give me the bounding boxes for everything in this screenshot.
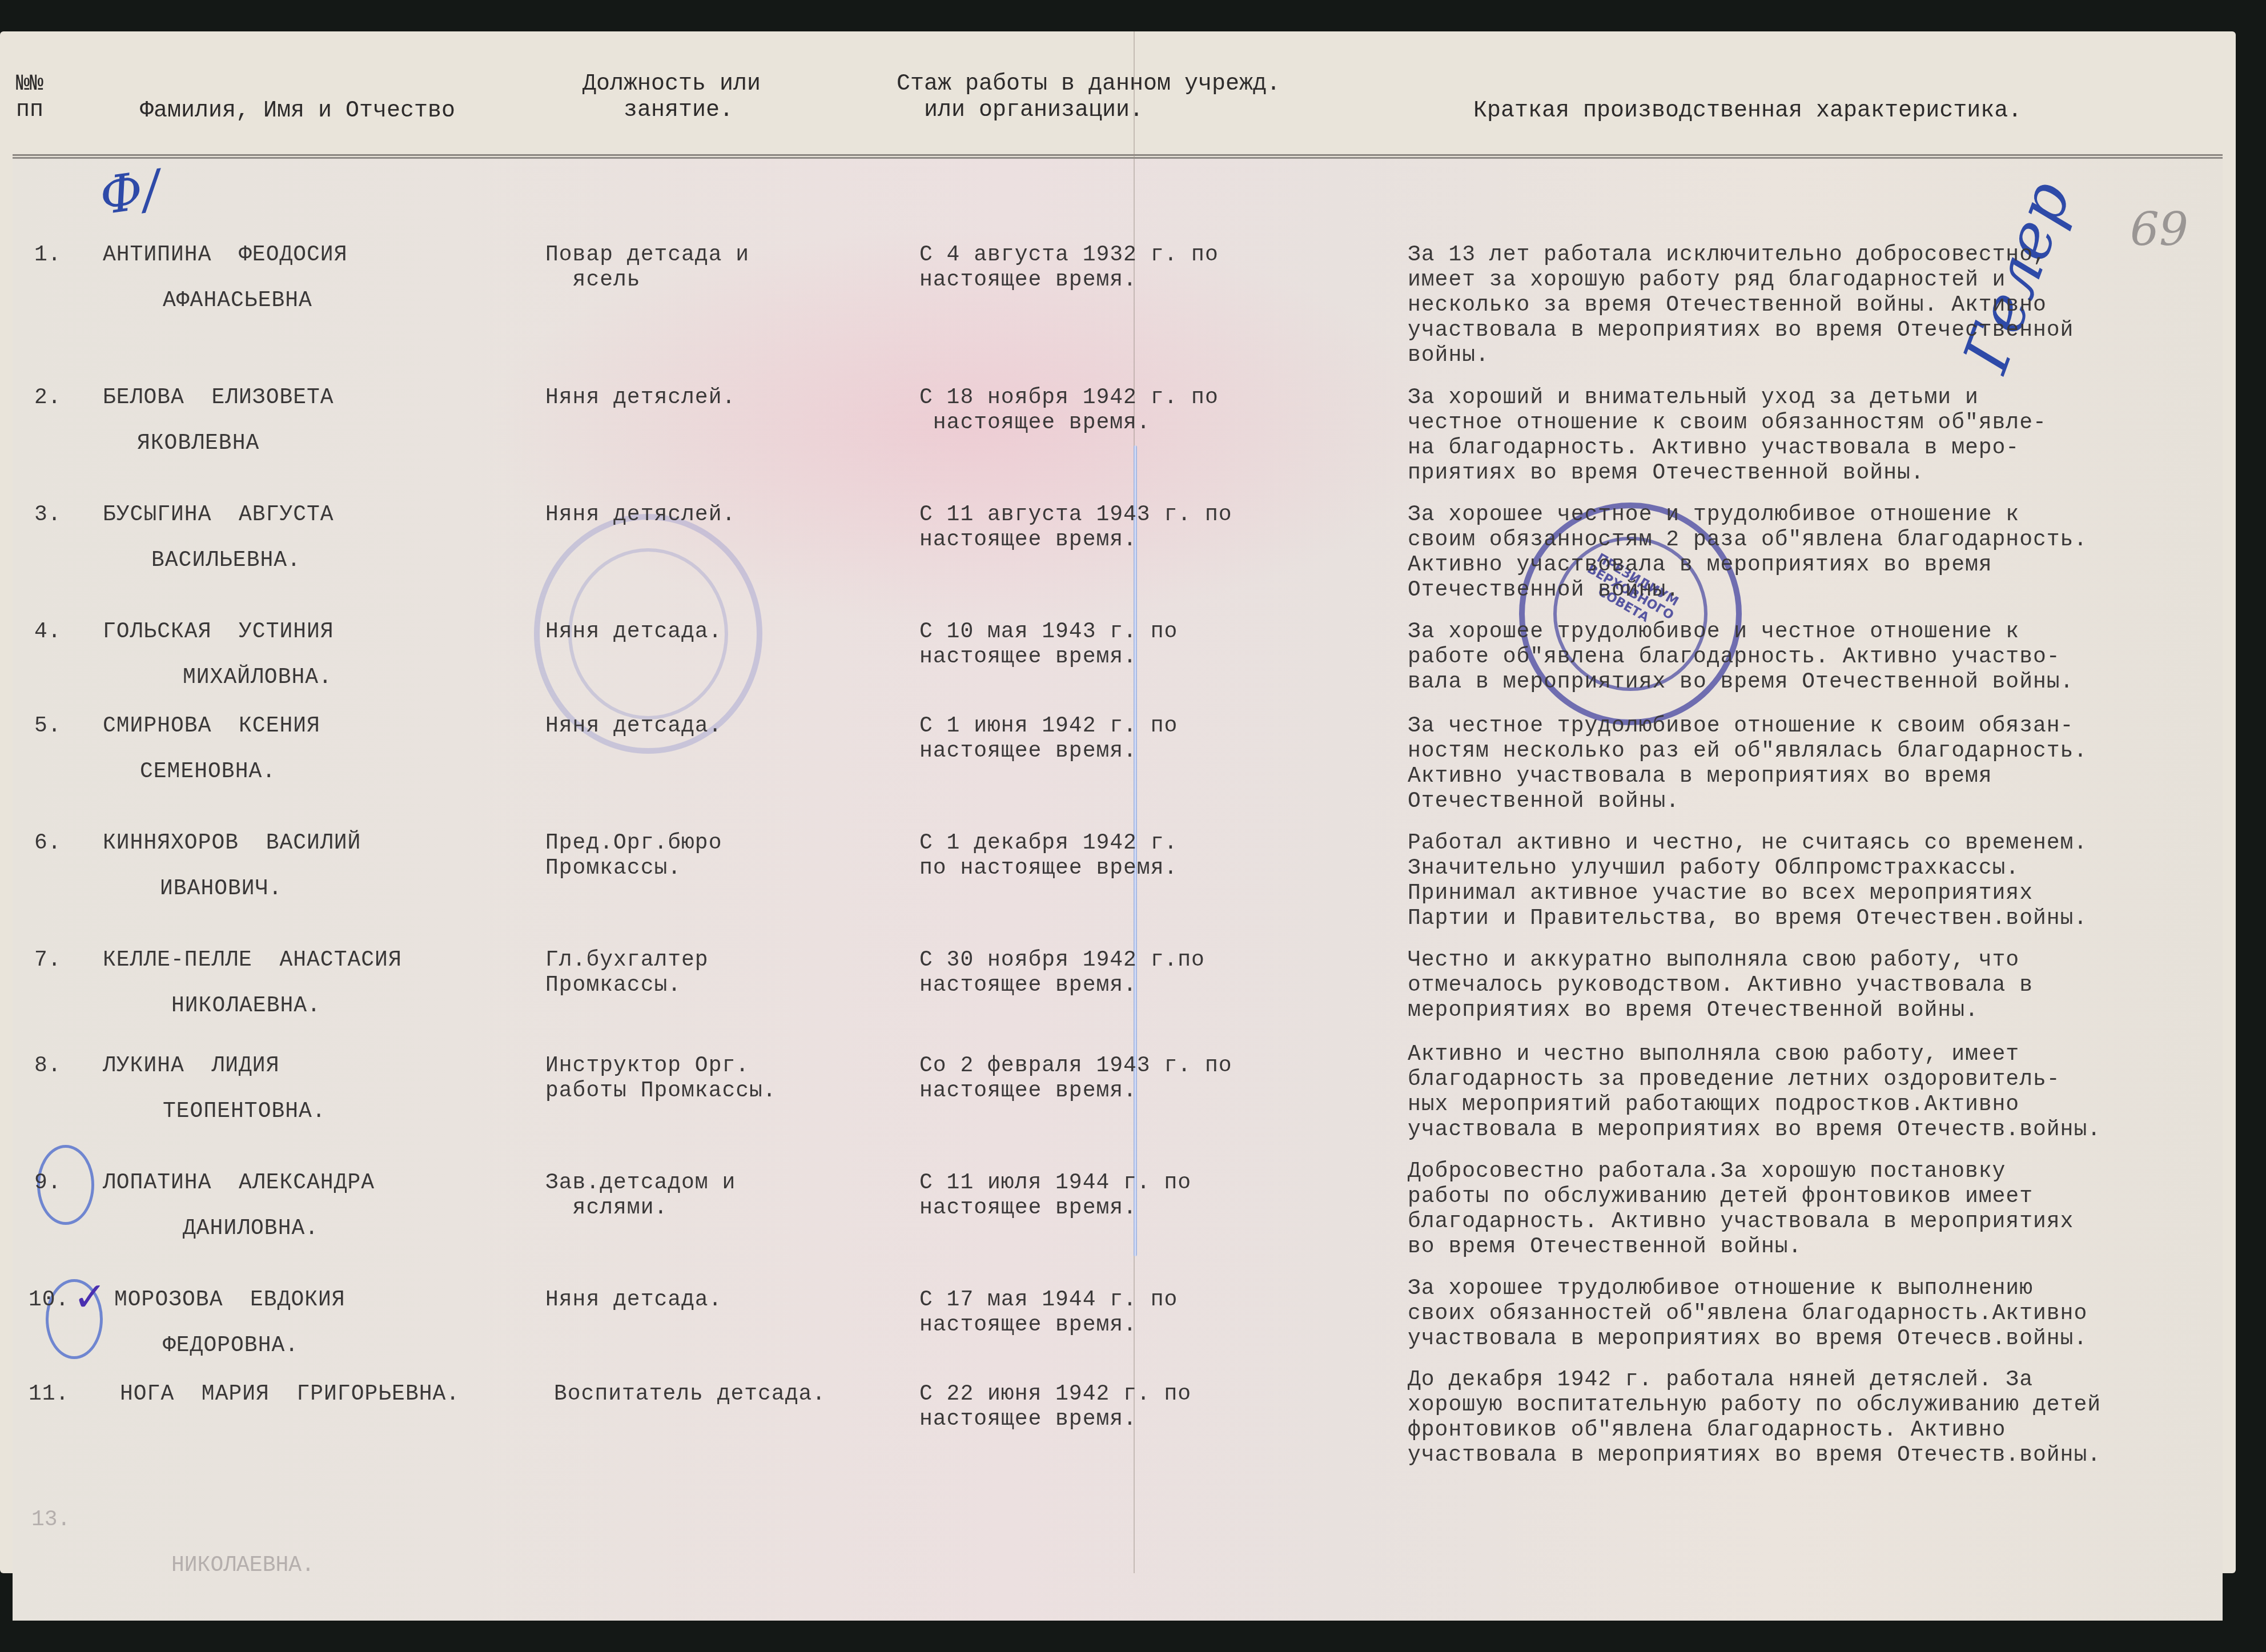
row-10-position: Няня детсада. <box>545 1288 877 1313</box>
row-4-patronymic: МИХАЙЛОВНА. <box>183 665 582 690</box>
row-2-tenure: С 18 ноября 1942 г. по настоящее время. <box>919 385 1319 436</box>
row-7-characteristic: Честно и аккуратно выполняла свою работу… <box>1408 948 2219 1023</box>
row-3-patronymic: ВАСИЛЬЕВНА. <box>151 548 551 573</box>
row-11-name: НОГА МАРИЯ ГРИГОРЬЕВНА. <box>120 1382 565 1407</box>
row-6-tenure: С 1 декабря 1942 г. по настоящее время. <box>919 831 1319 881</box>
row-6-patronymic: ИВАНОВИЧ. <box>160 877 560 902</box>
row-2-num: 2. <box>34 385 86 411</box>
row-4-position: Няня детсада. <box>545 620 877 645</box>
row-7-num: 7. <box>34 948 86 973</box>
row-10-patronymic: ФЕДОРОВНА. <box>163 1333 563 1358</box>
row-4-num: 4. <box>34 620 86 645</box>
row-11-tenure: С 22 июня 1942 г. по настоящее время. <box>919 1382 1319 1432</box>
row-10-tenure: С 17 мая 1944 г. по настоящее время. <box>919 1288 1319 1338</box>
row-3-position: Няня детяслей. <box>545 503 877 528</box>
row-4-characteristic: За хорошее трудолюбивое и честное отноше… <box>1408 620 2219 695</box>
header-tenure: Стаж работы в данном учрежд. или организ… <box>897 71 1280 124</box>
row-11-num: 11. <box>29 1382 80 1407</box>
row-9-patronymic: ДАНИЛОВНА. <box>183 1216 582 1241</box>
row-9-position: Зав.детсадом и яслями. <box>545 1171 877 1221</box>
row-2-name: БЕЛОВА ЕЛИЗОВЕТА <box>103 385 537 411</box>
row-3-name: БУСЫГИНА АВГУСТА <box>103 503 537 528</box>
row-2-position: Няня детяслей. <box>545 385 877 411</box>
row-7-name: КЕЛЛЕ-ПЕЛЛЕ АНАСТАСИЯ <box>103 948 537 973</box>
row-5-tenure: С 1 июня 1942 г. по настоящее время. <box>919 714 1319 764</box>
row-8-position: Инструктор Орг. работы Промкассы. <box>545 1054 877 1104</box>
row-10-characteristic: За хорошее трудолюбивое отношение к выпо… <box>1408 1276 2219 1352</box>
row-2-characteristic: За хороший и внимательный уход за детьми… <box>1408 385 2219 486</box>
faded-row-name: НИКОЛАЕВНА. <box>171 1553 315 1578</box>
row-8-tenure: Со 2 февраля 1943 г. по настоящее время. <box>919 1054 1319 1104</box>
row-1-num: 1. <box>34 243 86 268</box>
row-5-position: Няня детсада. <box>545 714 877 739</box>
faded-row-num: 13. <box>31 1508 70 1532</box>
row-8-patronymic: ТЕОПЕНТОВНА. <box>163 1099 563 1124</box>
row-5-num: 5. <box>34 714 86 739</box>
row-6-name: КИННЯХОРОВ ВАСИЛИЙ <box>103 831 537 856</box>
row-6-num: 6. <box>34 831 86 856</box>
row-3-tenure: С 11 августа 1943 г. по настоящее время. <box>919 503 1319 553</box>
row-1-tenure: С 4 августа 1932 г. по настоящее время. <box>919 243 1319 293</box>
row-1-patronymic: АФАНАСЬЕВНА <box>163 288 563 313</box>
header-num: №№ пп <box>16 71 43 124</box>
header-position: Должность или занятие. <box>582 71 761 124</box>
row-6-characteristic: Работал активно и честно, не считаясь со… <box>1408 831 2219 931</box>
row-11-characteristic: До декабря 1942 г. работала няней детясл… <box>1408 1368 2219 1468</box>
row-7-tenure: С 30 ноября 1942 г.по настоящее время. <box>919 948 1319 998</box>
row-10-num: 10. <box>29 1288 80 1313</box>
row-8-name: ЛУКИНА ЛИДИЯ <box>103 1054 537 1079</box>
row-4-tenure: С 10 мая 1943 г. по настоящее время. <box>919 620 1319 670</box>
row-9-name: ЛОПАТИНА АЛЕКСАНДРА <box>103 1171 537 1196</box>
row-4-name: ГОЛЬСКАЯ УСТИНИЯ <box>103 620 537 645</box>
row-5-name: СМИРНОВА КСЕНИЯ <box>103 714 537 739</box>
row-9-num: 9. <box>34 1171 86 1196</box>
signature-top-left: Ф/ <box>96 159 164 227</box>
row-5-patronymic: СЕМЕНОВНА. <box>140 759 540 785</box>
row-8-characteristic: Активно и честно выполняла свою работу, … <box>1408 1042 2219 1143</box>
row-6-position: Пред.Орг.бюро Промкассы. <box>545 831 877 881</box>
row-5-characteristic: За честное трудолюбивое отношение к свои… <box>1408 714 2219 814</box>
row-3-characteristic: За хорошее честное и трудолюбивое отноше… <box>1408 503 2219 603</box>
row-3-num: 3. <box>34 503 86 528</box>
header-name: Фамилия, Имя и Отчество <box>140 98 455 124</box>
row-2-patronymic: ЯКОВЛЕВНА <box>137 431 537 456</box>
header-characteristic: Краткая производственная характеристика. <box>1473 98 2022 124</box>
row-1-characteristic: За 13 лет работала исключительно добросо… <box>1408 243 2219 368</box>
row-7-position: Гл.бухгалтер Промкассы. <box>545 948 877 998</box>
row-8-num: 8. <box>34 1054 86 1079</box>
row-11-position: Воспитатель детсада. <box>554 1382 885 1407</box>
row-9-tenure: С 11 июля 1944 г. по настоящее время. <box>919 1171 1319 1221</box>
row-9-characteristic: Добросовестно работала.За хорошую постан… <box>1408 1159 2219 1260</box>
header-divider <box>13 154 2223 156</box>
row-7-patronymic: НИКОЛАЕВНА. <box>171 994 571 1019</box>
row-10-name: МОРОЗОВА ЕВДОКИЯ <box>114 1288 548 1313</box>
row-1-name: АНТИПИНА ФЕОДОСИЯ <box>103 243 537 268</box>
row-1-position: Повар детсада и ясель <box>545 243 877 293</box>
